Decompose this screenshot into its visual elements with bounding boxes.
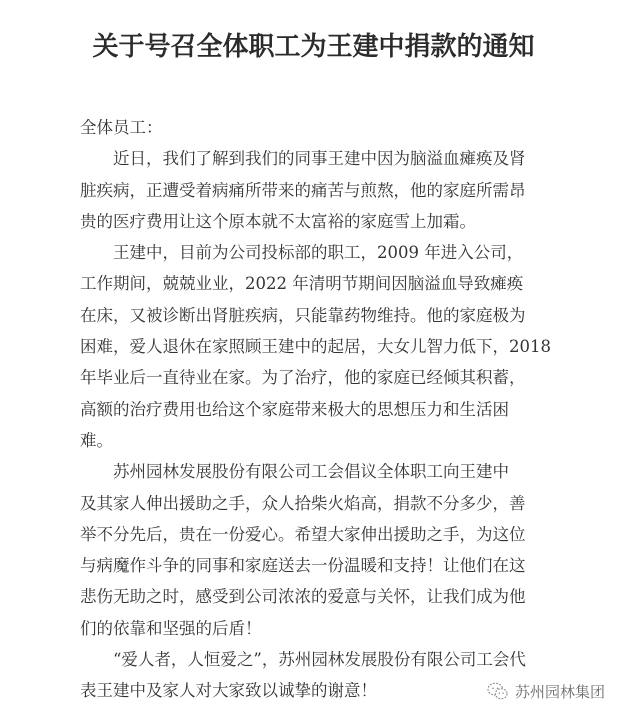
text-line: 难。 xyxy=(47,425,560,456)
watermark-text: 苏州园林集团 xyxy=(515,681,605,702)
text-line: 在床，又被诊断出肾脏疾病，只能靠药物维持。他的家庭极为 xyxy=(47,300,560,331)
wechat-icon xyxy=(487,681,509,701)
text-line: 与病魔作斗争的同事和家庭送去一份温暖和支持！让他们在这 xyxy=(47,550,560,581)
text-line: 年毕业后一直待业在家。为了治疗，他的家庭已经倾其积蓄， xyxy=(47,362,560,393)
text-line: 困难，爱人退休在家照顾王建中的起居，大女儿智力低下，2018 xyxy=(47,331,560,362)
text-line: 近日，我们了解到我们的同事王建中因为脑溢血瘫痪及肾 xyxy=(80,143,560,174)
text-line: 及其家人伸出援助之手，众人拾柴火焰高，捐款不分多少，善 xyxy=(47,488,560,519)
greeting: 全体员工： xyxy=(80,112,560,143)
watermark: 苏州园林集团 xyxy=(487,678,605,704)
paragraph-3: 苏州园林发展股份有限公司工会倡议全体职工向王建中 及其家人伸出援助之手，众人拾柴… xyxy=(80,456,560,644)
text-line: 苏州园林发展股份有限公司工会倡议全体职工向王建中 xyxy=(80,456,560,487)
text-line: 脏疾病，正遭受着病痛所带来的痛苦与煎熬，他的家庭所需昂 xyxy=(47,175,560,206)
paragraph-1: 近日，我们了解到我们的同事王建中因为脑溢血瘫痪及肾 脏疾病，正遭受着病痛所带来的… xyxy=(80,143,560,237)
text-line: 悲伤无助之时，感受到公司浓浓的爱意与关怀，让我们成为他 xyxy=(47,581,560,612)
text-line: “爱人者，人恒爱之”，苏州园林发展股份有限公司工会代 xyxy=(80,644,560,675)
text-line: 高额的治疗费用也给这个家庭带来极大的思想压力和生活困 xyxy=(47,394,560,425)
text-line: 王建中，目前为公司投标部的职工，2009 年进入公司， xyxy=(80,237,560,268)
text-line: 举不分先后，贵在一份爱心。希望大家伸出援助之手，为这位 xyxy=(47,519,560,550)
document-body: 全体员工： 近日，我们了解到我们的同事王建中因为脑溢血瘫痪及肾 脏疾病，正遭受着… xyxy=(80,112,560,707)
document-title: 关于号召全体职工为王建中捐款的通知 xyxy=(0,26,627,63)
text-line: 表王建中及家人对大家致以诚挚的谢意！ xyxy=(47,675,560,706)
text-line: 工作期间，兢兢业业，2022 年清明节期间因脑溢血导致瘫痪 xyxy=(47,268,560,299)
text-line: 贵的医疗费用让这个原本就不太富裕的家庭雪上加霜。 xyxy=(47,206,560,237)
text-line: 们的依靠和坚强的后盾！ xyxy=(47,613,560,644)
paragraph-2: 王建中，目前为公司投标部的职工，2009 年进入公司， 工作期间，兢兢业业，20… xyxy=(80,237,560,456)
